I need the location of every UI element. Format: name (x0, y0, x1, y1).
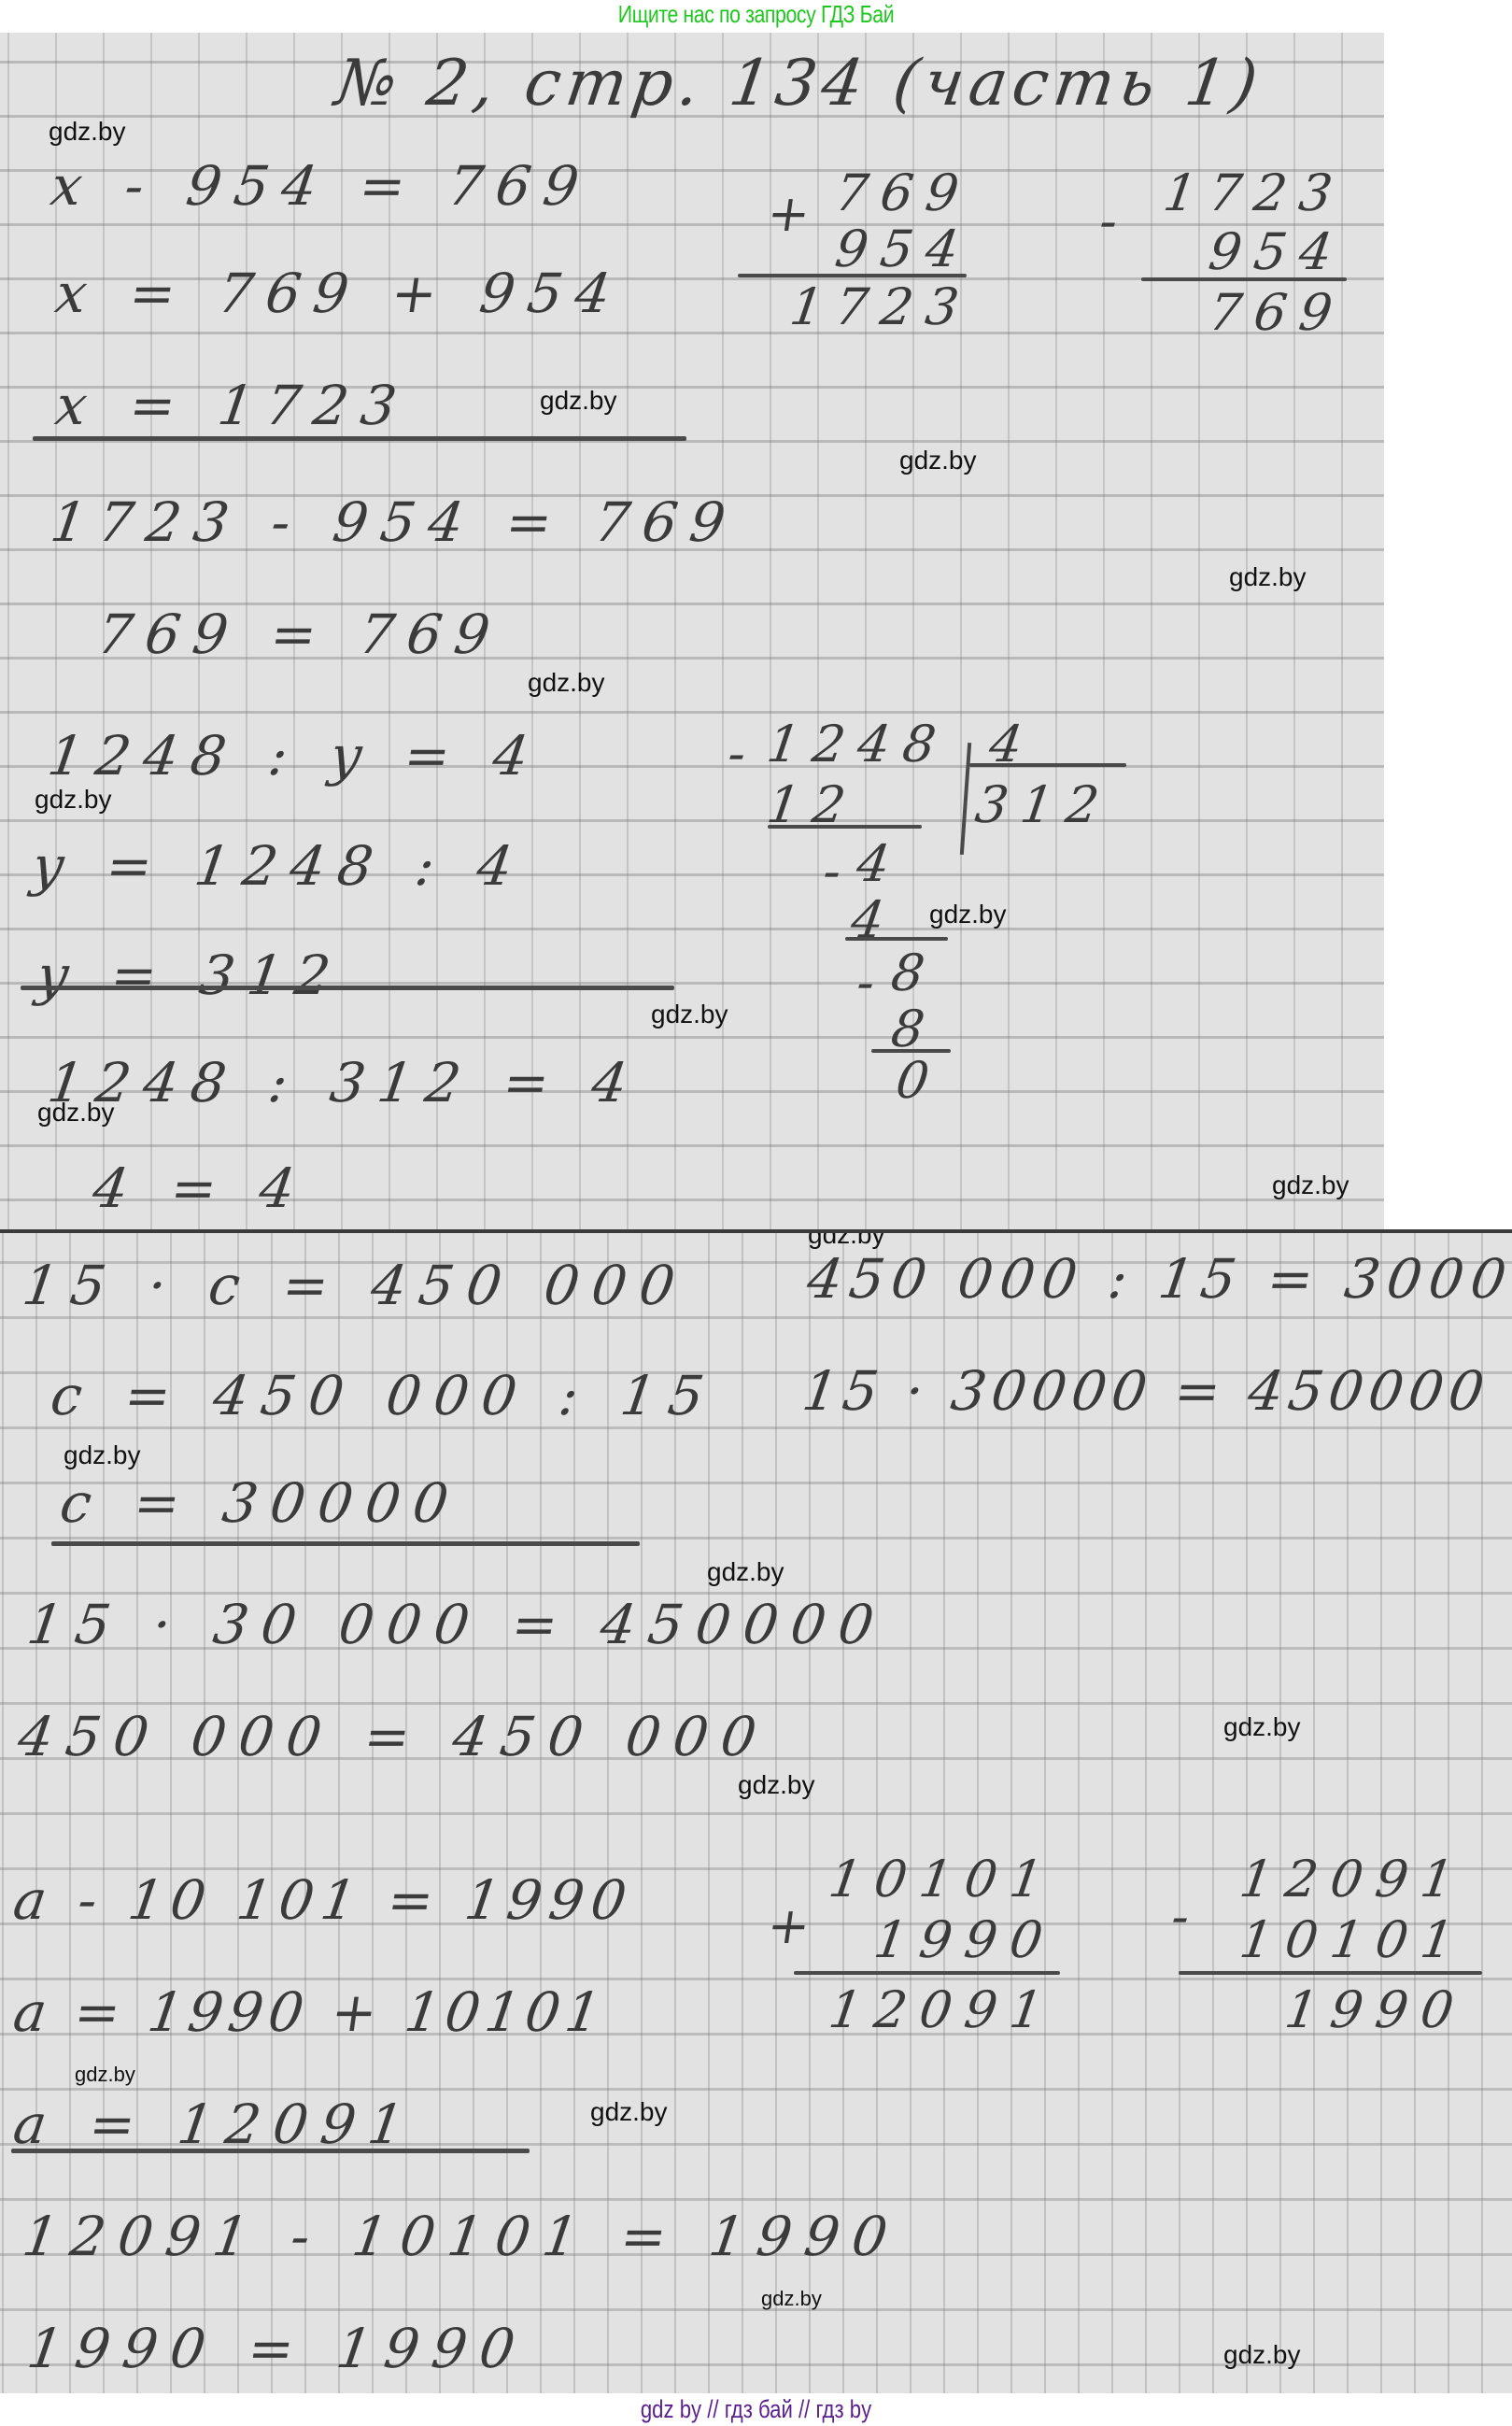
equation-line: y = 312 (33, 943, 347, 1007)
column-row: 12091 (1182, 1850, 1471, 1908)
equation-line: x = 769 + 954 (51, 262, 628, 325)
answer-underline (21, 986, 674, 990)
watermark: gdz.by (899, 446, 977, 475)
watermark: gdz.by (738, 1770, 815, 1800)
watermark: gdz.by (1223, 2340, 1301, 2370)
equation-line: 15 · 30 000 = 450000 (23, 1593, 890, 1656)
exercise-heading: № 2, стр. 134 (часть 1) (331, 47, 1267, 121)
banner-text[interactable]: Ищите нас по запросу ГДЗ Бай (618, 0, 894, 28)
column-result: 1723 (743, 277, 976, 336)
division-line (768, 825, 922, 829)
watermark: gdz.by (540, 386, 617, 416)
column-row: 10101 (771, 1850, 1060, 1908)
division-minus: - (854, 953, 892, 1012)
equation-line: 1248 : 312 = 4 (44, 1051, 644, 1114)
dividend: 1248 (764, 715, 953, 773)
column-result: 12091 (771, 1980, 1060, 2039)
column-line (1179, 1971, 1482, 1975)
division-step: 8 (888, 943, 941, 1002)
column-result: 769 (1117, 283, 1349, 342)
watermark: gdz.by (761, 2284, 822, 2314)
footer-links[interactable]: gdz by // гдз бай // гдз by (136, 2393, 1377, 2426)
equation-line: 1248 : y = 4 (44, 724, 545, 787)
answer-underline (11, 2149, 530, 2153)
column-row: 769 (771, 163, 976, 222)
watermark: gdz.by (1272, 1170, 1349, 1200)
equation-line: a = 1990 + 10101 (9, 1980, 610, 2044)
watermark: gdz.by (75, 2060, 135, 2090)
watermark: gdz.by (35, 785, 112, 815)
equation-line: 1723 - 954 = 769 (47, 490, 742, 554)
watermark: gdz.by (37, 1098, 115, 1128)
watermark: gdz.by (49, 117, 126, 147)
division-bar-vertical (960, 743, 971, 855)
watermark: gdz.by (1229, 562, 1307, 592)
column-line (1141, 277, 1347, 281)
division-step: 0 (893, 1051, 946, 1110)
top-banner[interactable]: Ищите нас по запросу ГДЗ Бай (136, 0, 1377, 32)
column-result: 1990 (1182, 1980, 1471, 2039)
division-step: 4 (854, 834, 907, 893)
check-line: 450 000 : 15 = 30000 (803, 1247, 1512, 1311)
equation-line: 4 = 4 (89, 1156, 312, 1220)
watermark: gdz.by (651, 1000, 728, 1029)
equation-line: x - 954 = 769 (47, 154, 596, 218)
notebook-photo-bottom: gdz.by 15 · c = 450 000 450 000 : 15 = 3… (0, 1229, 1512, 2393)
equation-line: a - 10 101 = 1990 (9, 1868, 638, 1932)
watermark: gdz.by (590, 2097, 668, 2127)
answer-underline (33, 436, 686, 441)
column-row: 954 (771, 220, 976, 278)
watermark: gdz.by (929, 900, 1007, 929)
watermark: gdz.by (1223, 1712, 1301, 1742)
column-row: 1723 (1117, 163, 1349, 222)
watermark: gdz.by (528, 668, 605, 698)
answer-underline (51, 1541, 640, 1546)
equation-line: 769 = 769 (93, 603, 506, 666)
division-bar-horizontal (969, 763, 1126, 767)
equation-line: 12091 - 10101 = 1990 (19, 2205, 904, 2268)
quotient: 312 (972, 775, 1116, 834)
equation-line: 15 · c = 450 000 (19, 1254, 691, 1317)
check-line: 15 · 30000 = 450000 (798, 1359, 1493, 1423)
column-row: 1990 (771, 1910, 1060, 1969)
equation-line: c = 30000 (56, 1471, 465, 1535)
division-minus: - (725, 724, 763, 783)
notebook-photo-top: № 2, стр. 134 (часть 1) gdz.by x - 954 =… (0, 33, 1384, 1229)
equation-line: y = 1248 : 4 (28, 834, 530, 898)
watermark: gdz.by (64, 1440, 141, 1470)
equation-line: a = 12091 (9, 2093, 420, 2156)
watermark: gdz.by (707, 1557, 784, 1587)
division-line (845, 937, 948, 941)
column-row: 10101 (1182, 1910, 1471, 1969)
equation-line: 1990 = 1990 (23, 2317, 531, 2380)
division-minus: - (820, 842, 858, 901)
column-row: 954 (1117, 222, 1349, 281)
equation-line: x = 1723 (51, 374, 413, 437)
equation-line: 450 000 = 450 000 (14, 1705, 773, 1768)
footer-text[interactable]: gdz by // гдз бай // гдз by (641, 2395, 871, 2423)
column-line (794, 1971, 1060, 1975)
equation-line: c = 450 000 : 15 (47, 1364, 721, 1427)
